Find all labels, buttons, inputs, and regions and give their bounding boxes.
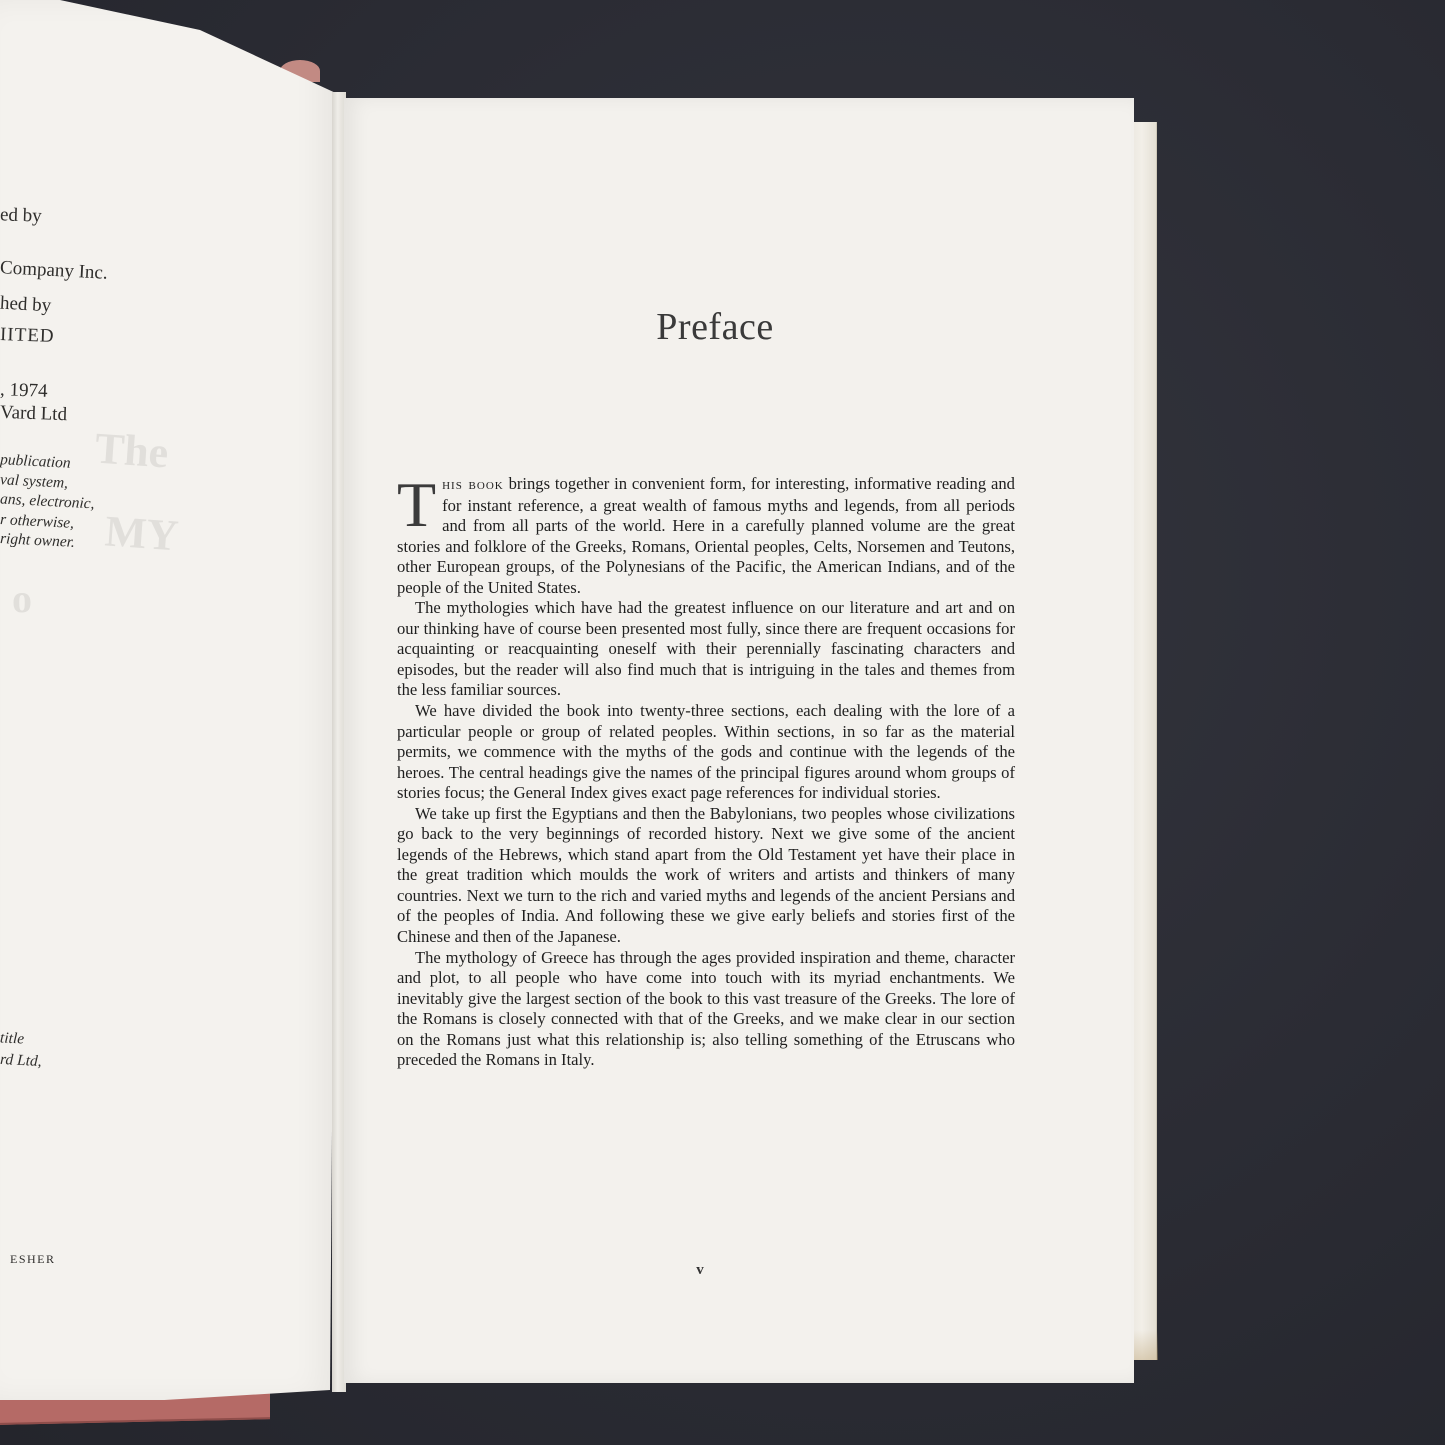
rights-line: val system,: [0, 471, 68, 493]
imprint-line: hed by: [0, 293, 52, 318]
publisher-name: IITED: [0, 324, 55, 348]
preface-body: This book brings together in convenient …: [397, 474, 1015, 1071]
imprint-line: Vard Ltd: [0, 402, 67, 426]
imprint-year: , 1974: [0, 379, 48, 403]
paragraph-5: The mythology of Greece has through the …: [397, 948, 1015, 1071]
imprint-line: ed by: [0, 204, 42, 227]
bleed-through-text: MY: [103, 506, 180, 562]
paragraph-1: This book brings together in convenient …: [397, 474, 1015, 598]
paragraph-4: We take up first the Egyptians and then …: [397, 804, 1015, 948]
credit-line: title: [0, 1029, 25, 1048]
bleed-through-text: The: [93, 423, 170, 479]
rights-line: right owner.: [0, 530, 75, 552]
rights-line: publication: [0, 451, 71, 473]
paragraph-3: We have divided the book into twenty-thr…: [397, 701, 1015, 804]
bleed-through-text: o: [12, 575, 32, 622]
paragraph-2: The mythologies which have had the great…: [397, 598, 1015, 701]
page-number: v: [690, 1262, 710, 1279]
drop-cap: T: [397, 476, 436, 532]
credit-line: rd Ltd,: [0, 1051, 42, 1071]
printer-place: ESHER: [10, 1252, 56, 1267]
page-title: Preface: [560, 305, 870, 349]
left-page-copyright: [0, 0, 340, 1400]
lead-small-caps: his book: [442, 476, 504, 493]
